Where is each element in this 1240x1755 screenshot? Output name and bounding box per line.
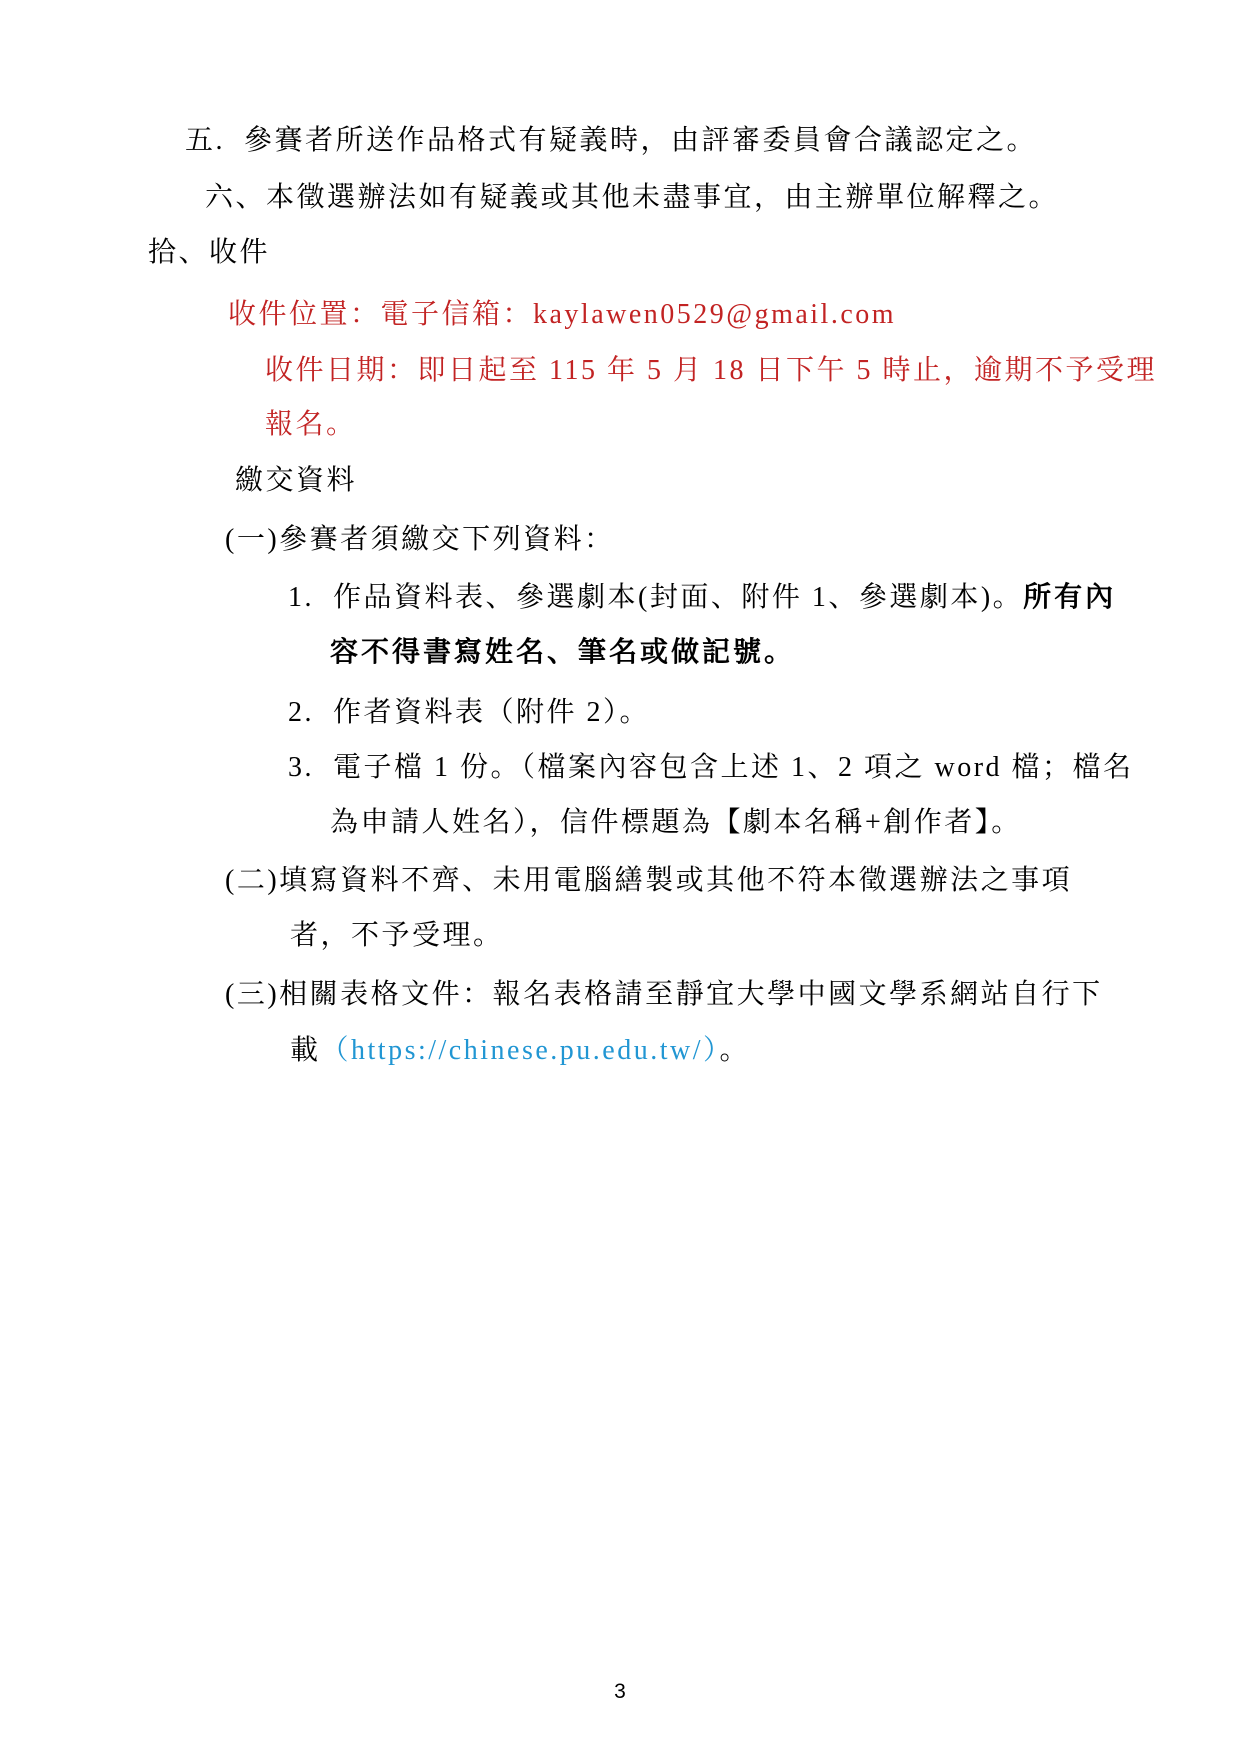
subsection-2-line-2: 者，不予受理。 — [290, 916, 504, 956]
subsection-1-item-1-line-1: 1. 作品資料表、參選劇本(封面、附件 1、參選劇本)。所有內 — [288, 578, 1116, 618]
clause-item-6: 六、本徵選辦法如有疑義或其他未盡事宜，由主辦單位解釋之。 — [205, 178, 1059, 218]
subsection-3-line-2: 載（https://chinese.pu.edu.tw/）。 — [290, 1031, 750, 1071]
item-1-normal-text: 1. 作品資料表、參選劇本(封面、附件 1、參選劇本)。 — [288, 582, 1023, 613]
clause-item-5: 五. 參賽者所送作品格式有疑義時，由評審委員會合議認定之。 — [185, 121, 1037, 161]
subsection-3-line-1: (三)相關表格文件：報名表格請至靜宜大學中國文學系網站自行下 — [225, 975, 1103, 1015]
subsection-1-item-3-line-1: 3. 電子檔 1 份。（檔案內容包含上述 1、2 項之 word 檔；檔名 — [288, 748, 1134, 788]
department-website-link[interactable]: （https://chinese.pu.edu.tw/） — [321, 1035, 720, 1066]
item-1-bold-text-start: 所有內 — [1023, 582, 1116, 613]
document-page: 五. 參賽者所送作品格式有疑義時，由評審委員會合議認定之。 六、本徵選辦法如有疑… — [0, 0, 1240, 1755]
section-title-shou-jian: 拾、收件 — [148, 233, 270, 273]
subsection-1-item-1-line-2: 容不得書寫姓名、筆名或做記號。 — [330, 633, 795, 673]
subsection-1-header: (一)參賽者須繳交下列資料： — [225, 520, 615, 560]
deadline-line-1: 收件日期：即日起至 115 年 5 月 18 日下午 5 時止，逾期不予受理 — [265, 351, 1157, 391]
sentence-period: 。 — [719, 1035, 750, 1066]
download-prefix-text: 載 — [290, 1035, 321, 1066]
submit-materials-heading: 繳交資料 — [235, 461, 357, 501]
page-number: 3 — [0, 1680, 1240, 1704]
subsection-1-item-3-line-2: 為申請人姓名），信件標題為【劇本名稱+創作者】。 — [330, 803, 1022, 843]
mail-location-line: 收件位置：電子信箱：kaylawen0529@gmail.com — [228, 295, 896, 335]
subsection-1-item-2: 2. 作者資料表（附件 2）。 — [288, 693, 650, 733]
subsection-2-line-1: (二)填寫資料不齊、未用電腦繕製或其他不符本徵選辦法之事項 — [225, 861, 1072, 901]
deadline-line-2: 報名。 — [265, 405, 357, 445]
